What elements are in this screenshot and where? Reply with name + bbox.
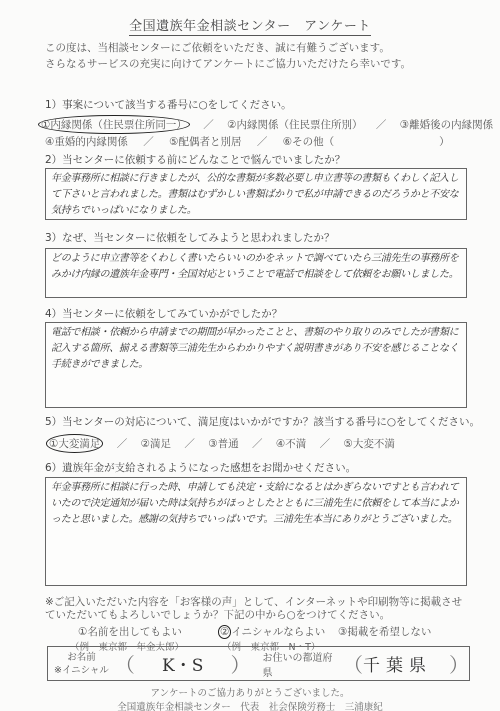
question-1-options-row1: ①内縁関係（住民票住所同一） ／ ②内縁関係（住民票住所別） ／ ③離婚後の内縁… [42,115,493,134]
answer-2-box[interactable]: 年金事務所に相談に行きましたが、公的な書類が多数必要し申立書等の書類もくわしく記… [45,168,467,220]
option-dissatisfied[interactable]: ④不満 [276,438,306,450]
intro-text: この度は、当相談センターにご依頼をいただき、誠に有難うございます。 さらなるサー… [45,40,411,72]
prefecture-field[interactable]: 千葉県 [363,651,449,676]
question-5-options: ①大変満足 ／ ②満足 ／ ③普通 ／ ④不満 ／ ⑤大変不満 [50,434,395,453]
name-label: お名前 ※イニシャル [48,651,115,677]
question-6-label: 6）遺族年金が支給されるようになった感想をお聞かせください。 [45,460,356,475]
option-5[interactable]: ⑤配偶者と別居 [169,136,241,148]
question-4-label: 4）当センターに依頼をしてみていかがでしたか？ [45,306,282,321]
option-4[interactable]: ④重婚的内縁関係 [45,136,128,148]
answer-3-box[interactable]: どのように申立書等をくわしく書いたらいいのかをネットで調べていたら三浦先生の事務… [45,248,467,298]
selected-option-circle[interactable]: ①大変満足 [46,434,103,453]
option-very-dissatisfied[interactable]: ⑤大変不満 [343,438,394,450]
selected-option-circle: ② [218,625,231,639]
question-1-label: 1）事案について該当する番号に○をしてください。 [45,97,292,112]
selected-option-circle[interactable]: ①内縁関係（住民票住所同一） [38,115,190,134]
option-2[interactable]: ②内縁関係（住民票住所別） [227,119,362,131]
publication-option-3[interactable]: ③掲載を希望しない [338,624,431,639]
option-3[interactable]: ③離婚後の内縁関係 [400,119,493,131]
name-field[interactable]: K・S [135,651,231,676]
answer-6-box[interactable]: 年金事務所に相談に行った時、申請しても決定・支給になるとはかぎらないですとも言わ… [45,477,467,586]
respondent-box: お名前 ※イニシャル （ K・S ） お住いの都道府県 （ 千葉県 ） [47,646,470,681]
thanks-text: アンケートのご協力ありがとうございました。 [0,685,500,699]
prefecture-label: お住いの都道府県 [263,649,339,679]
answer-6-text: 年金事務所に相談に行った時、申請しても決定・支給になるとはかぎらないですとも言わ… [46,478,466,530]
signature-text: 全国遺族年金相談センター 代表 社会保険労務士 三浦康紀 [0,699,500,711]
question-3-label: 3）なぜ、当センターに依頼をしてみようと思われましたか？ [45,230,334,245]
question-2-label: 2）当センターに依頼する前にどんなことで悩んでいましたか？ [45,152,345,167]
question-1-options-row2: ④重婚的内縁関係 ／ ⑤配偶者と別居 ／ ⑥その他（ ） [45,134,450,149]
option-neutral[interactable]: ③普通 [208,438,238,450]
publication-note: ※ご記入いただいた内容を「お客様の声」として、インターネットや印刷物等に掲載させ… [45,596,465,622]
answer-4-text: 電話で相談・依頼から申請までの期間が早かったことと、書類のやり取りのみでしたが書… [46,323,466,375]
option-satisfied[interactable]: ②満足 [141,438,171,450]
answer-2-text: 年金事務所に相談に行きましたが、公的な書類が多数必要し申立書等の書類もくわしく記… [46,169,466,221]
option-6[interactable]: ⑥その他（ ） [283,136,450,148]
answer-3-text: どのように申立書等をくわしく書いたらいいのかをネットで調べていたら三浦先生の事務… [46,249,466,285]
form-title: 全国遺族年金相談センター アンケート [0,15,500,34]
question-5-label: 5）当センターの対応について、満足度はいかがですか？該当する番号に○をしてくださ… [45,414,480,429]
answer-4-box[interactable]: 電話で相談・依頼から申請までの期間が早かったことと、書類のやり取りのみでしたが書… [45,322,467,408]
